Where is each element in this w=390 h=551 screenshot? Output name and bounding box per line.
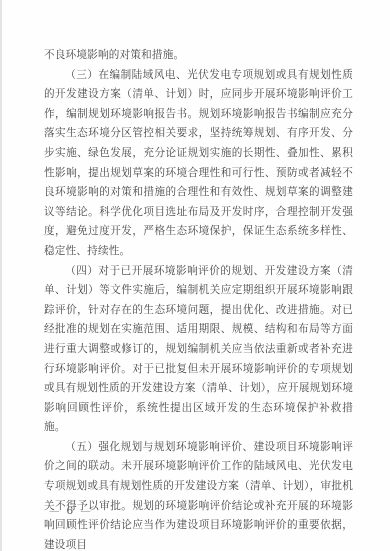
footer-left-dash: — [49,504,60,518]
scan-edge-shadow [0,0,2,551]
footer-right-dash: — [80,504,91,518]
page-number: 6 [67,504,74,518]
paragraph-continuation: 不良环境影响的对策和措施。 [44,46,353,66]
paragraph-item-4: （四）对于已开展环境影响评价的规划、开发建设方案（清单、计划）等文件实施后，编制… [44,262,353,438]
document-body: 不良环境影响的对策和措施。 （三）在编制陆域风电、光伏发电专项规划或具有规划性质… [44,46,353,551]
document-page: 不良环境影响的对策和措施。 （三）在编制陆域风电、光伏发电专项规划或具有规划性质… [0,0,390,551]
paragraph-item-5: （五）强化规划与规划环境影响评价、建设项目环境影响评价之间的联动。未开展环境影响… [44,438,353,551]
page-footer: — 6 — [49,504,91,518]
paragraph-item-3: （三）在编制陆域风电、光伏发电专项规划或具有规划性质的开发建设方案（清单、计划）… [44,66,353,262]
